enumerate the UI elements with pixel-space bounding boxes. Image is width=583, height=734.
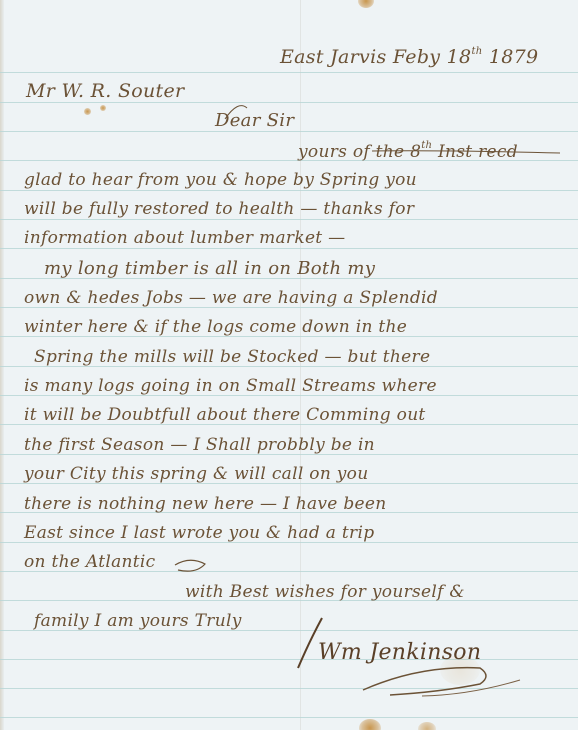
- signature-flourish: [0, 0, 578, 730]
- letter-page: East Jarvis Feby 18th 1879 Mr W. R. Sout…: [0, 0, 578, 730]
